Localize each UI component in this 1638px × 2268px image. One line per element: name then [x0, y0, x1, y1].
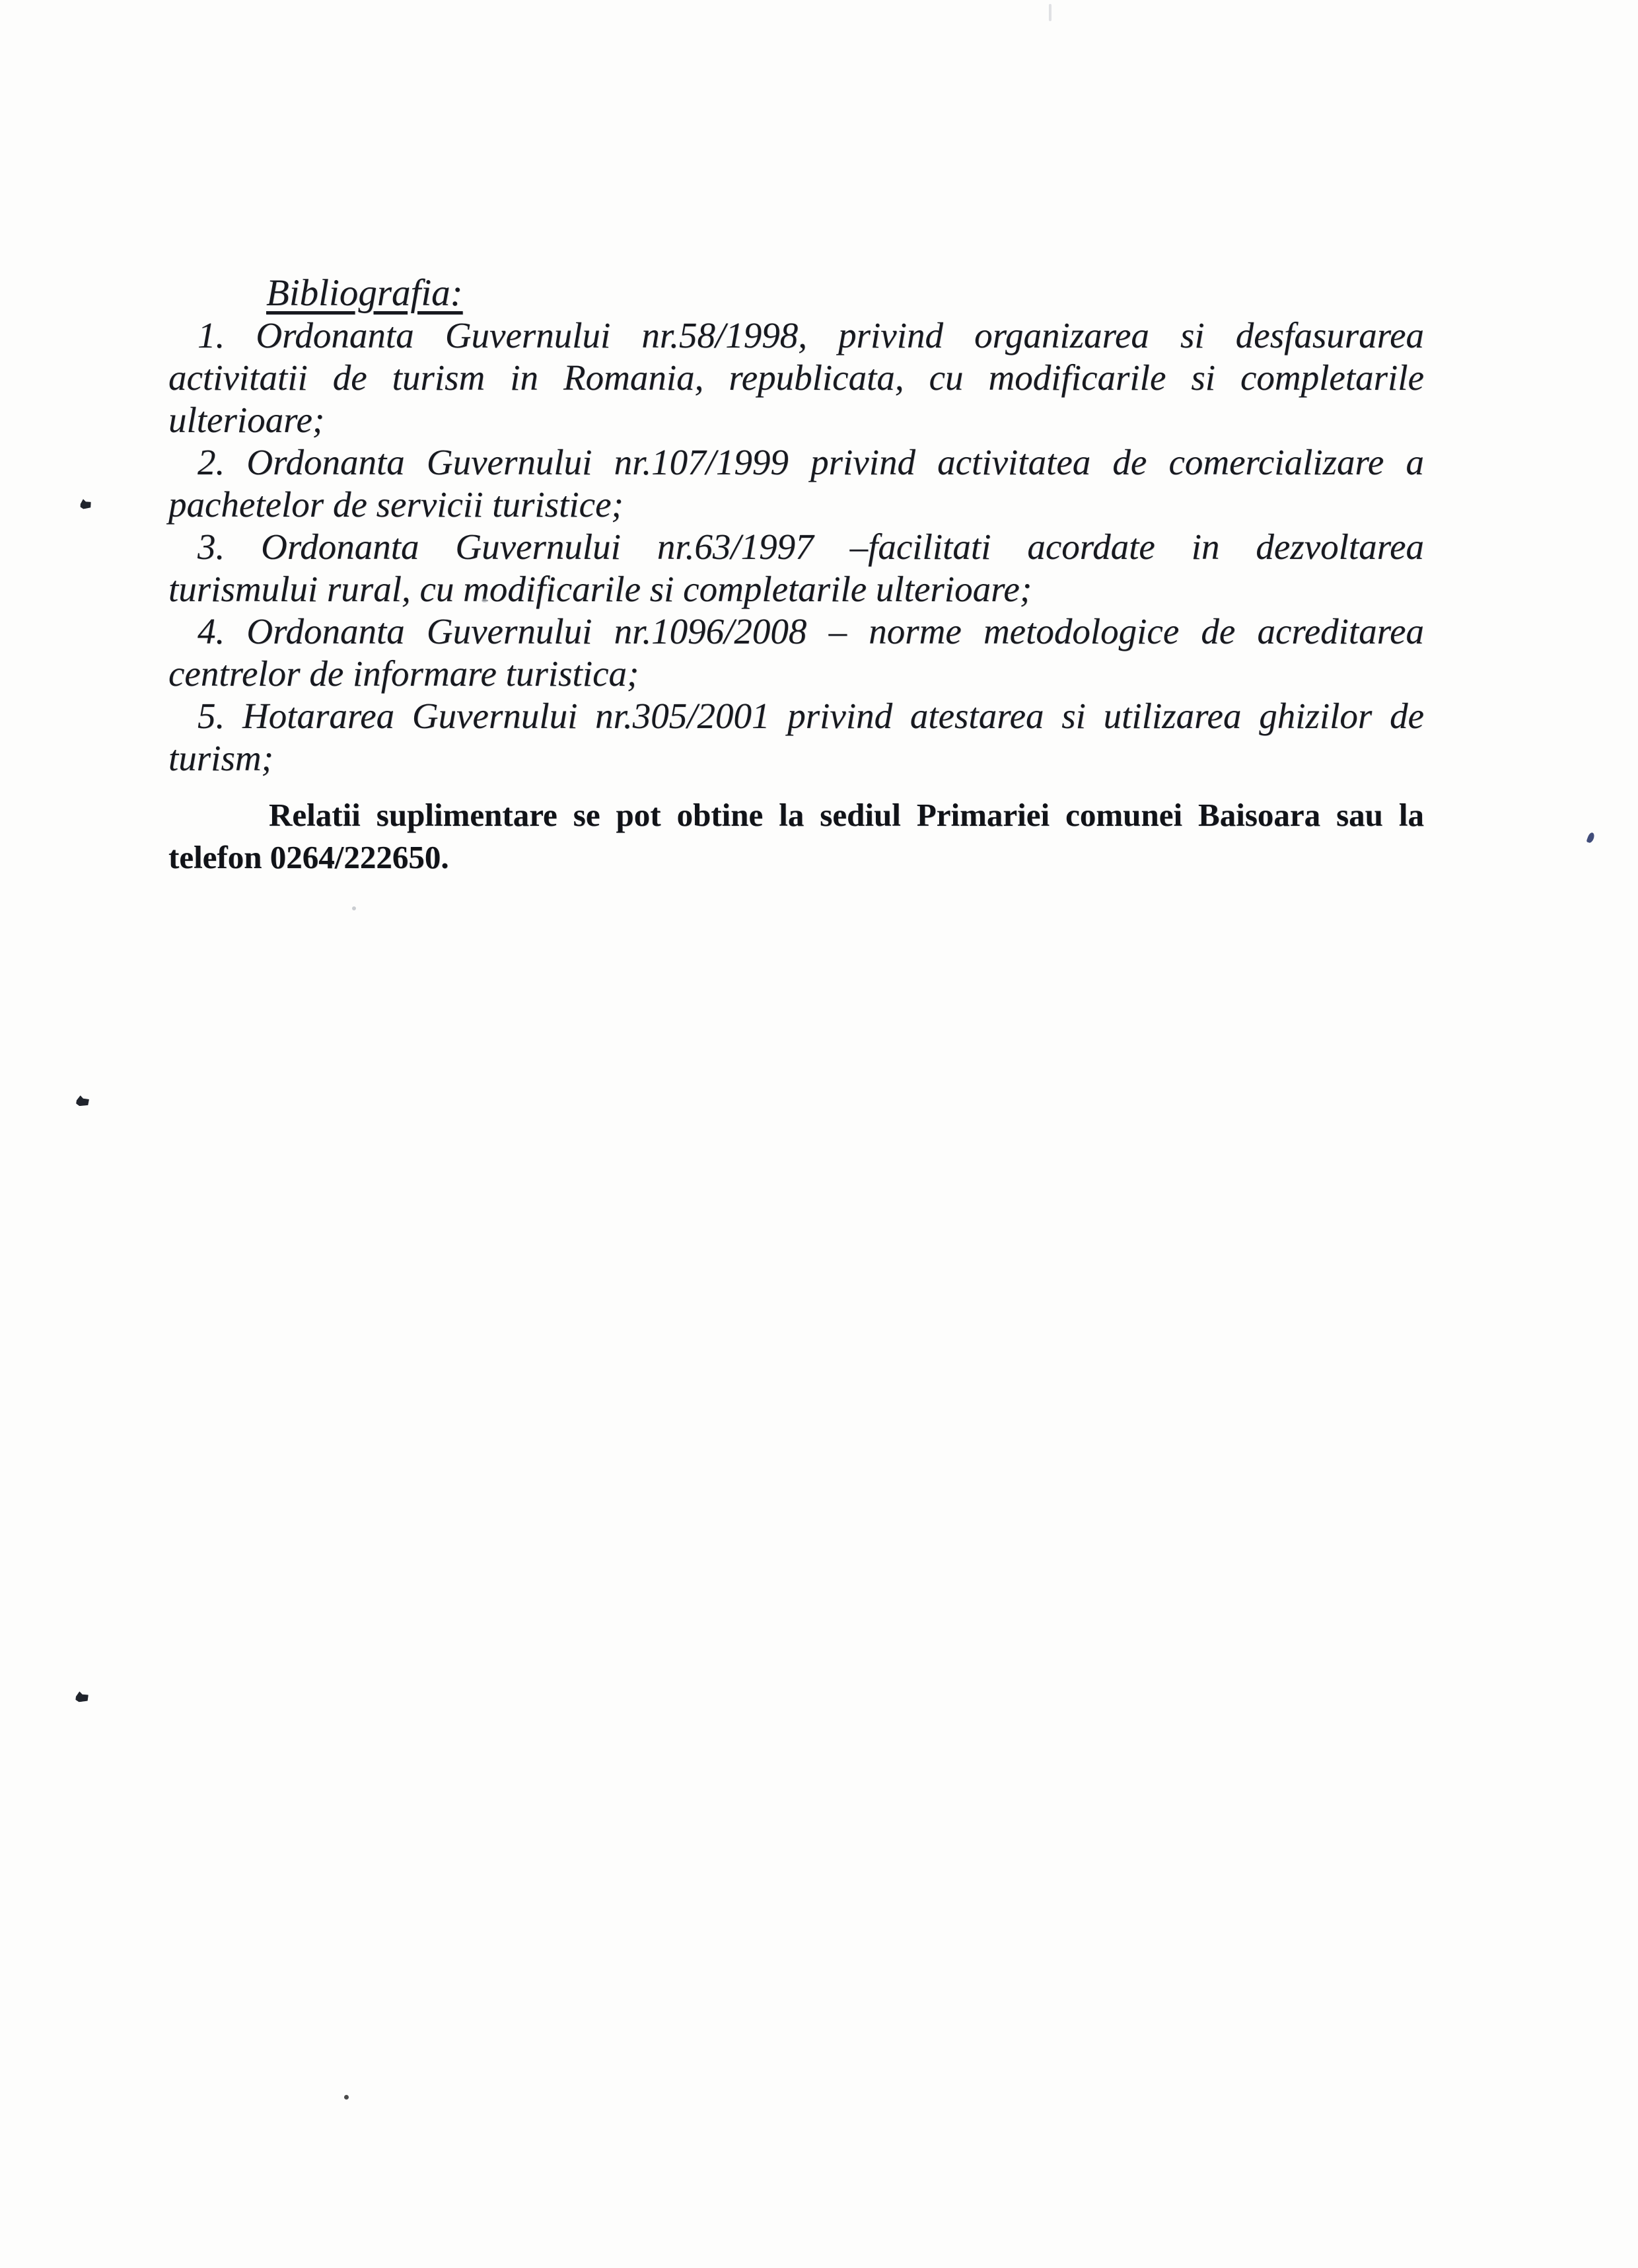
- document-page: Bibliografia: 1. Ordonanta Guvernului nr…: [0, 0, 1638, 2268]
- bibliography-line: ulterioare;: [168, 399, 1424, 441]
- scan-mark: [75, 1691, 89, 1702]
- text-block: Bibliografia: 1. Ordonanta Guvernului nr…: [168, 272, 1424, 879]
- scan-mark: [79, 498, 92, 509]
- bibliography-line: centrelor de informare turistica;: [168, 653, 1424, 695]
- bibliography-line: 1. Ordonanta Guvernului nr.58/1998, priv…: [168, 314, 1424, 357]
- section-heading: Bibliografia:: [168, 272, 1424, 314]
- note-paragraph: Relatii suplimentare se pot obtine la se…: [168, 794, 1424, 879]
- scan-speck: [481, 599, 487, 603]
- bibliography-line: 2. Ordonanta Guvernului nr.107/1999 priv…: [168, 441, 1424, 484]
- bibliography-line: 4. Ordonanta Guvernului nr.1096/2008 – n…: [168, 610, 1424, 653]
- scan-speck: [1586, 832, 1596, 844]
- bibliography-item-1: 1. Ordonanta Guvernului nr.58/1998, priv…: [168, 314, 1424, 441]
- bibliography-item-3: 3. Ordonanta Guvernului nr.63/1997 –faci…: [168, 526, 1424, 610]
- bibliography-item-5: 5. Hotararea Guvernului nr.305/2001 priv…: [168, 695, 1424, 780]
- bibliography-line: 5. Hotararea Guvernului nr.305/2001 priv…: [168, 695, 1424, 737]
- scan-speck: [1049, 4, 1051, 21]
- bibliography-line: pachetelor de servicii turistice;: [168, 484, 1424, 526]
- note-line: telefon 0264/222650.: [168, 836, 1424, 879]
- bibliography-item-2: 2. Ordonanta Guvernului nr.107/1999 priv…: [168, 441, 1424, 526]
- bibliography-line: turism;: [168, 737, 1424, 780]
- scan-speck: [344, 2095, 349, 2100]
- bibliography-item-4: 4. Ordonanta Guvernului nr.1096/2008 – n…: [168, 610, 1424, 695]
- scan-speck: [352, 906, 356, 910]
- bibliography-line: turismului rural, cu modificarile si com…: [168, 568, 1424, 610]
- bibliography-line: activitatii de turism in Romania, republ…: [168, 357, 1424, 399]
- scan-mark: [76, 1095, 90, 1107]
- bibliography-line: 3. Ordonanta Guvernului nr.63/1997 –faci…: [168, 526, 1424, 568]
- section-heading-text: Bibliografia:: [266, 272, 463, 314]
- note-line: Relatii suplimentare se pot obtine la se…: [168, 794, 1424, 836]
- bibliography-list: 1. Ordonanta Guvernului nr.58/1998, priv…: [168, 314, 1424, 780]
